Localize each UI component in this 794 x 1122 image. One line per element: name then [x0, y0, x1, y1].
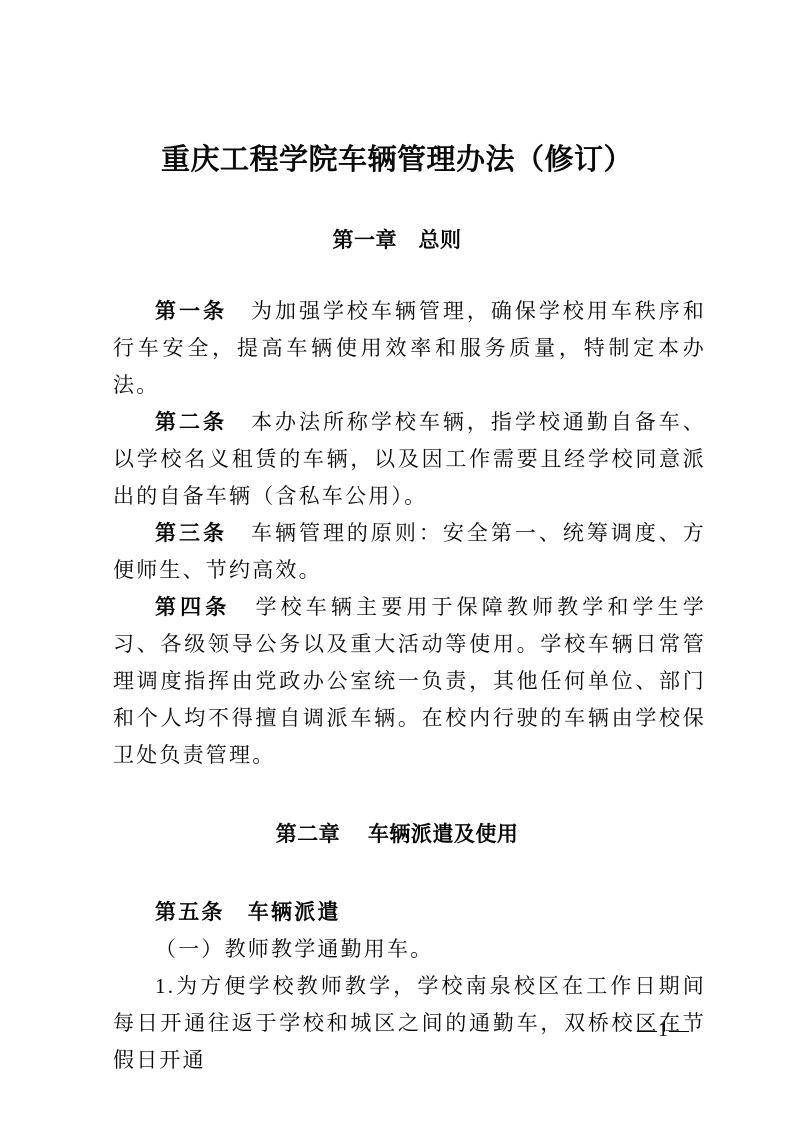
- chapter-1-body: 第一条 为加强学校车辆管理，确保学校用车秩序和行车安全，提高车辆使用效率和服务质…: [113, 293, 706, 774]
- article-1-number: 第一条: [155, 299, 251, 323]
- article-3: 第三条 车辆管理的原则：安全第一、统筹调度、方便师生、节约高效。: [113, 515, 706, 589]
- article-1: 第一条 为加强学校车辆管理，确保学校用车秩序和行车安全，提高车辆使用效率和服务质…: [113, 293, 706, 404]
- clause-1: （一）教师教学通勤用车。: [113, 931, 706, 968]
- chapter-1-heading: 第一章 总则: [0, 227, 794, 255]
- article-4: 第四条 学校车辆主要用于保障教师教学和学生学习、各级领导公务以及重大活动等使用。…: [113, 589, 706, 774]
- article-2: 第二条 本办法所称学校车辆，指学校通勤自备车、以学校名义租赁的车辆，以及因工作需…: [113, 404, 706, 515]
- document-title: 重庆工程学院车辆管理办法（修订）: [0, 141, 794, 179]
- page-number: —1—: [637, 1018, 690, 1042]
- article-5-heading: 第五条 车辆派遣: [113, 894, 706, 931]
- article-4-text: 学校车辆主要用于保障教师教学和学生学习、各级领导公务以及重大活动等使用。学校车辆…: [113, 595, 706, 767]
- article-3-number: 第三条: [155, 521, 251, 545]
- clause-1-item-1: 1.为方便学校教师教学，学校南泉校区在工作日期间每日开通往返于学校和城区之间的通…: [113, 968, 706, 1079]
- chapter-2-body: 第五条 车辆派遣 （一）教师教学通勤用车。 1.为方便学校教师教学，学校南泉校区…: [113, 894, 706, 1079]
- article-4-number: 第四条: [155, 595, 256, 619]
- document-page: 重庆工程学院车辆管理办法（修订） 第一章 总则 第一条 为加强学校车辆管理，确保…: [0, 0, 794, 1122]
- chapter-2-heading: 第二章 车辆派遣及使用: [0, 821, 794, 849]
- article-2-number: 第二条: [155, 410, 251, 434]
